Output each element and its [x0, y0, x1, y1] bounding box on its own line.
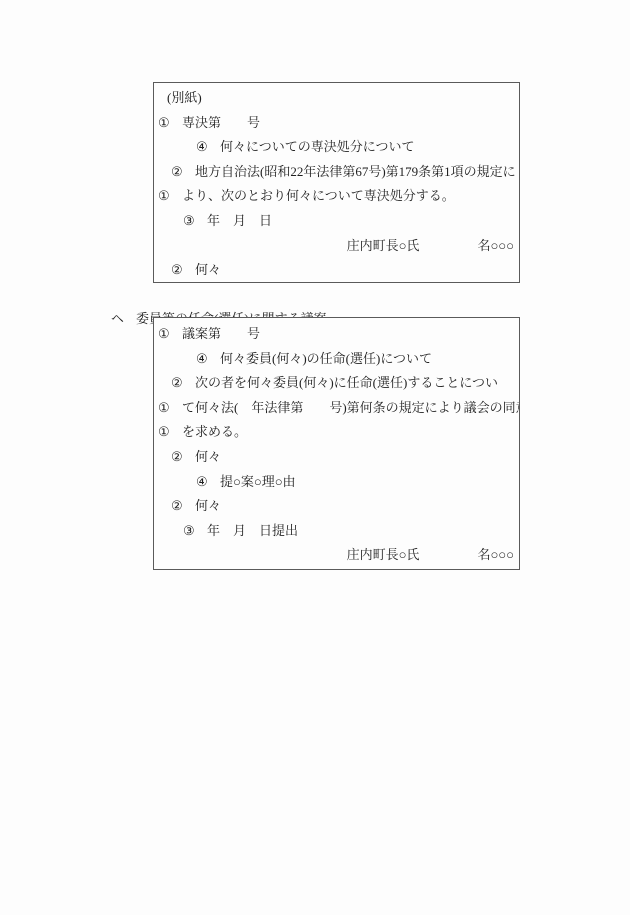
indent-mark: ②: [171, 160, 184, 185]
indent-mark: ①: [158, 420, 171, 445]
form-line: ②次の者を何々委員(何々)に任命(選任)することについ: [154, 371, 519, 396]
line-text: (別紙): [167, 90, 202, 105]
line-text: 年 月 日提出: [207, 523, 298, 538]
mayor-name: 庄内町長○氏: [347, 238, 420, 253]
senketsu-form-box: (別紙) ①専決第 号 ④何々についての専決処分について ②地方自治法(昭和22…: [153, 82, 520, 283]
form-line-bessi: (別紙): [154, 86, 519, 111]
line-text: 専決第 号: [182, 115, 260, 130]
name-placeholder: 名○○○: [477, 543, 514, 568]
form-line-date: ③年 月 日: [154, 209, 519, 234]
line-text: 地方自治法(昭和22年法律第67号)第179条第1項の規定に: [195, 164, 516, 179]
signature-line: 庄内町長○氏名○○○: [154, 543, 519, 568]
mayor-name: 庄内町長○氏: [347, 547, 420, 562]
indent-mark: ②: [171, 445, 184, 470]
indent-mark: ④: [196, 347, 209, 372]
line-text: 次の者を何々委員(何々)に任命(選任)することについ: [195, 375, 498, 390]
form-line: ④何々委員(何々)の任命(選任)について: [154, 347, 519, 372]
form-line: ②何々: [154, 445, 519, 470]
item-marker: ヘ: [111, 310, 124, 328]
form-line: ①専決第 号: [154, 111, 519, 136]
line-text: 年 月 日: [207, 213, 272, 228]
line-text: 何々: [195, 449, 221, 464]
line-text: を求める。: [182, 424, 247, 439]
document-page: (別紙) ①専決第 号 ④何々についての専決処分について ②地方自治法(昭和22…: [0, 0, 630, 915]
indent-mark: ③: [183, 519, 196, 544]
indent-mark: ②: [171, 258, 184, 283]
form-line-date: ③年 月 日提出: [154, 519, 519, 544]
line-text: 議案第 号: [182, 326, 260, 341]
form-line: ①て何々法( 年法律第 号)第何条の規定により議会の同意: [154, 396, 519, 421]
signature-line: 庄内町長○氏名○○○: [154, 234, 519, 259]
line-text: て何々法( 年法律第 号)第何条の規定により議会の同意: [182, 400, 519, 415]
name-placeholder: 名○○○: [477, 234, 514, 259]
line-text: 何々についての専決処分について: [220, 139, 414, 154]
gian-form-box: ①議案第 号 ④何々委員(何々)の任命(選任)について ②次の者を何々委員(何々…: [153, 317, 520, 570]
line-text: 提○案○理○由: [220, 474, 296, 489]
indent-mark: ④: [196, 135, 209, 160]
line-text: 何々: [195, 498, 221, 513]
form-line: ①議案第 号: [154, 322, 519, 347]
line-text: より、次のとおり何々について専決処分する。: [182, 188, 455, 203]
form-line: ②何々: [154, 494, 519, 519]
section-heading: ヘ委員等の任命(選任)に関する議案: [98, 292, 327, 310]
line-text: 何々委員(何々)の任命(選任)について: [220, 351, 432, 366]
indent-mark: ①: [158, 322, 171, 347]
indent-mark: ③: [183, 209, 196, 234]
form-line: ①より、次のとおり何々について専決処分する。: [154, 184, 519, 209]
indent-mark: ①: [158, 184, 171, 209]
indent-mark: ②: [171, 494, 184, 519]
indent-mark: ②: [171, 371, 184, 396]
form-line-reason: ④提○案○理○由: [154, 470, 519, 495]
form-line: ②地方自治法(昭和22年法律第67号)第179条第1項の規定に: [154, 160, 519, 185]
form-line: ①を求める。: [154, 420, 519, 445]
indent-mark: ①: [158, 111, 171, 136]
indent-mark: ①: [158, 396, 171, 421]
indent-mark: ④: [196, 470, 209, 495]
form-line: ②何々: [154, 258, 519, 283]
line-text: 何々: [195, 262, 221, 277]
form-line: ④何々についての専決処分について: [154, 135, 519, 160]
